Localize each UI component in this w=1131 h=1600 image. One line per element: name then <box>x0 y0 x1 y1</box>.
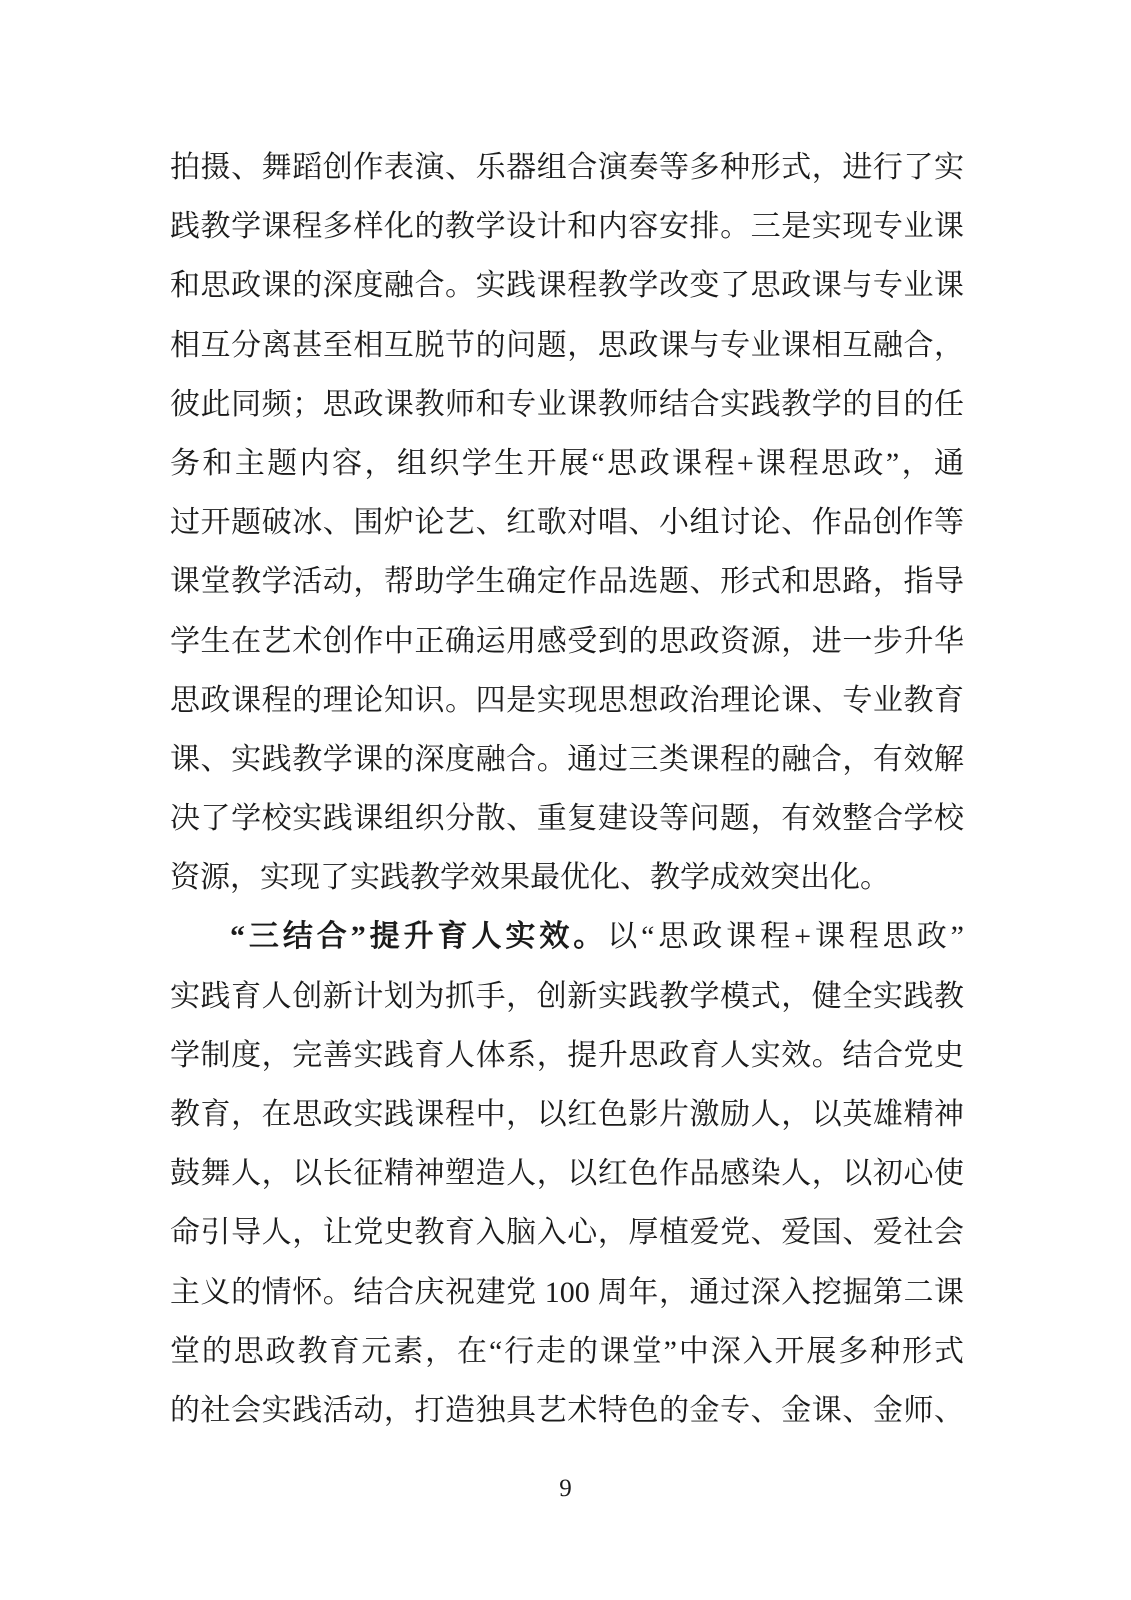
page-number: 9 <box>0 1474 1131 1504</box>
body-line: 实践育人创新计划为抓手，创新实践教学模式，健全实践教 <box>170 967 964 1026</box>
section-heading-line: “三结合”提升育人实效。以“思政课程+课程思政” <box>170 907 964 966</box>
body-line: 相互分离甚至相互脱节的问题，思政课与专业课相互融合， <box>170 316 964 375</box>
body-line: 决了学校实践课组织分散、重复建设等问题，有效整合学校 <box>170 789 964 848</box>
body-line: 教育，在思政实践课程中，以红色影片激励人，以英雄精神 <box>170 1085 964 1144</box>
section-heading-bold-text: “三结合”提升育人实效。 <box>230 920 607 953</box>
body-line: 过开题破冰、围炉论艺、红歌对唱、小组讨论、作品创作等 <box>170 493 964 552</box>
body-line: 思政课程的理论知识。四是实现思想政治理论课、专业教育 <box>170 671 964 730</box>
body-line: 主义的情怀。结合庆祝建党 100 周年，通过深入挖掘第二课 <box>170 1263 964 1322</box>
body-line: 务和主题内容，组织学生开展“思政课程+课程思政”，通 <box>170 434 964 493</box>
section-heading-regular-text: 以“思政课程+课程思政” <box>607 920 964 953</box>
body-line: 课、实践教学课的深度融合。通过三类课程的融合，有效解 <box>170 730 964 789</box>
text-body: 拍摄、舞蹈创作表演、乐器组合演奏等多种形式，进行了实 践教学课程多样化的教学设计… <box>170 138 964 1440</box>
body-line: 和思政课的深度融合。实践课程教学改变了思政课与专业课 <box>170 256 964 315</box>
body-line: 堂的思政教育元素，在“行走的课堂”中深入开展多种形式 <box>170 1322 964 1381</box>
document-page: 拍摄、舞蹈创作表演、乐器组合演奏等多种形式，进行了实 践教学课程多样化的教学设计… <box>0 0 1131 1600</box>
body-line: 彼此同频；思政课教师和专业课教师结合实践教学的目的任 <box>170 375 964 434</box>
body-line: 课堂教学活动，帮助学生确定作品选题、形式和思路，指导 <box>170 552 964 611</box>
body-line: 命引导人，让党史教育入脑入心，厚植爱党、爱国、爱社会 <box>170 1203 964 1262</box>
body-line: 的社会实践活动，打造独具艺术特色的金专、金课、金师、 <box>170 1381 964 1440</box>
body-line: 拍摄、舞蹈创作表演、乐器组合演奏等多种形式，进行了实 <box>170 138 964 197</box>
body-line: 鼓舞人，以长征精神塑造人，以红色作品感染人，以初心使 <box>170 1144 964 1203</box>
body-line: 践教学课程多样化的教学设计和内容安排。三是实现专业课 <box>170 197 964 256</box>
body-line: 学制度，完善实践育人体系，提升思政育人实效。结合党史 <box>170 1026 964 1085</box>
body-line-paragraph-end: 资源，实现了实践教学效果最优化、教学成效突出化。 <box>170 848 964 907</box>
body-line: 学生在艺术创作中正确运用感受到的思政资源，进一步升华 <box>170 612 964 671</box>
